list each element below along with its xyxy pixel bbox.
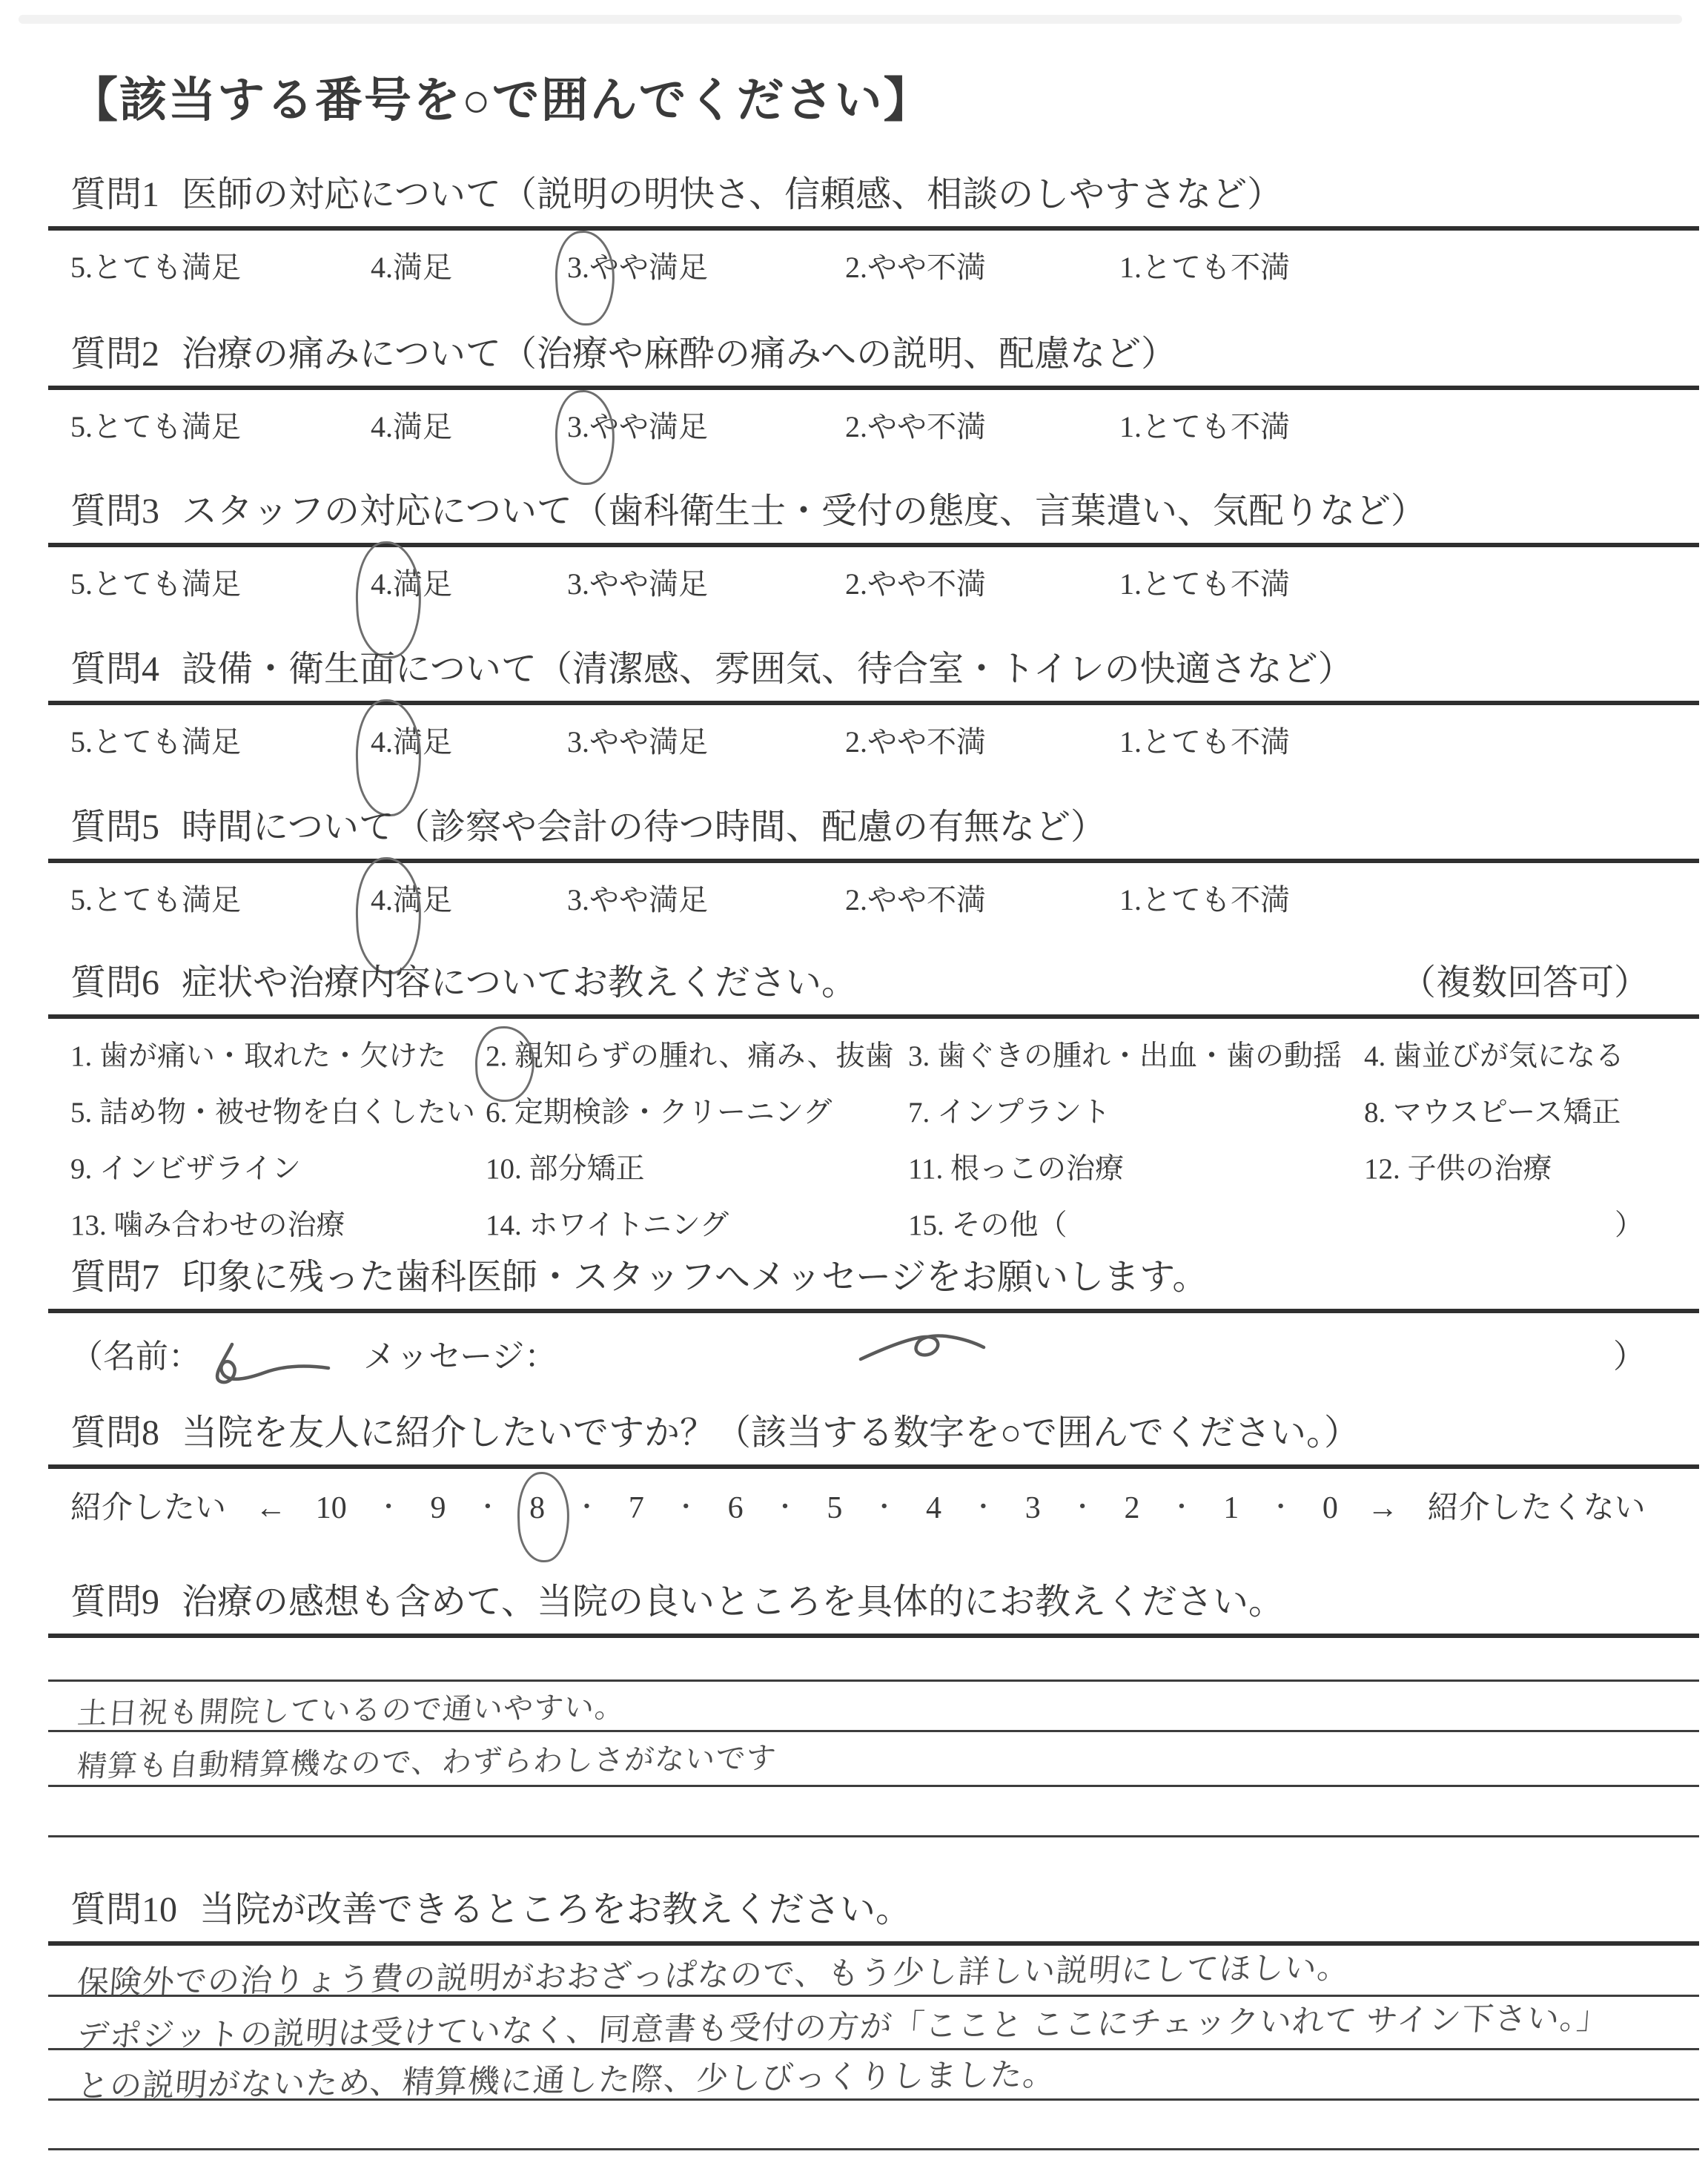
q2-option-1: 1.とても不満: [1119, 408, 1699, 446]
dot-separator: ・: [376, 1488, 401, 1528]
question-8: 質問8当院を友人に紹介したいですか？（該当する数字を○で囲んでください。） 紹介…: [48, 1411, 1699, 1528]
question-9: 質問9治療の感想も含めて、当院の良いところを具体的にお教えください。 土日祝も開…: [48, 1580, 1699, 1905]
symptom-option-3: 3. 歯ぐきの腫れ・出血・歯の動揺: [908, 1038, 1364, 1075]
symptom-options-grid: 1. 歯が痛い・取れた・欠けた 2. 親知らずの腫れ、痛み、抜歯 3. 歯ぐきの…: [70, 1038, 1699, 1244]
question-1-text: 医師の対応について（説明の明快さ、信頼感、相談のしやすさなど）: [182, 175, 1282, 214]
ruled-line: [48, 2148, 1699, 2150]
q3-option-2: 2.やや不満: [845, 565, 1119, 604]
question-3: 質問3スタッフの対応について（歯科衛生士・受付の態度、言葉遣い、気配りなど） 5…: [48, 489, 1699, 604]
question-8-text: 当院を友人に紹介したいですか？（該当する数字を○で囲んでください。）: [182, 1413, 1360, 1453]
symptom-option-11: 11. 根っこの治療: [908, 1151, 1364, 1188]
question-6-rule: [48, 1014, 1699, 1019]
form-title: 【該当する番号を○で囲んでください】: [70, 62, 933, 131]
question-6: 質問6症状や治療内容についてお教えください。 （複数回答可） 1. 歯が痛い・取…: [48, 961, 1699, 1244]
pen-squiggle-icon: [856, 1327, 990, 1378]
question-2-rule: [48, 386, 1699, 390]
question-7-number: 質問7: [70, 1258, 159, 1297]
q3-option-1: 1.とても不満: [1119, 565, 1699, 604]
question-1-options: 5.とても満足 4.満足 3.やや満足 2.やや不満 1.とても不満: [70, 248, 1699, 287]
symptom-option-6: 6. 定期検診・クリーニング: [486, 1094, 908, 1132]
symptom-option-12: 12. 子供の治療: [1364, 1151, 1699, 1188]
q2-option-5: 5.とても満足: [70, 408, 371, 446]
nps-7: 7: [629, 1488, 644, 1528]
question-6-note: （複数回答可）: [1400, 961, 1649, 1005]
handwritten-answer-line: 土日祝も開院しているので通いやすい。: [76, 1683, 626, 1732]
nps-0: 0: [1323, 1488, 1338, 1528]
handwritten-answer-line: 精算も自動精算機なので、わずらわしさがないです: [76, 1734, 778, 1786]
name-field-label: （名前：: [70, 1330, 201, 1377]
ruled-line: [48, 1680, 1699, 1682]
symptom-option-2-selected: 2. 親知らずの腫れ、痛み、抜歯: [486, 1038, 908, 1075]
question-3-header: 質問3スタッフの対応について（歯科衛生士・受付の態度、言葉遣い、気配りなど）: [70, 489, 1699, 534]
question-3-number: 質問3: [70, 492, 159, 531]
ruled-line: [48, 1785, 1699, 1787]
handwritten-answer-line: デポジットの説明は受けていなく、同意書も受付の方が「ここと ここにチェックいれて…: [76, 1992, 1611, 2056]
q2-option-2: 2.やや不満: [845, 408, 1119, 446]
question-10-text: 当院が改善できるところをお教えください。: [199, 1890, 911, 1929]
nps-5: 5: [827, 1488, 842, 1528]
question-8-rule: [48, 1464, 1699, 1469]
q1-option-5: 5.とても満足: [70, 248, 371, 287]
ruled-line: [48, 1730, 1699, 1732]
symptom-option-1: 1. 歯が痛い・取れた・欠けた: [70, 1038, 486, 1075]
scale-right-label: 紹介したくない: [1428, 1488, 1646, 1528]
q4-option-3: 3.やや満足: [567, 723, 845, 762]
q5-option-2: 2.やや不満: [845, 881, 1119, 919]
other-close-paren: ）: [1615, 1207, 1644, 1244]
right-arrow-icon: →: [1367, 1488, 1398, 1528]
question-7-rule: [48, 1309, 1699, 1313]
question-3-rule: [48, 543, 1699, 547]
question-9-number: 質問9: [70, 1582, 159, 1622]
question-4-rule: [48, 701, 1699, 705]
question-6-title: 質問6症状や治療内容についてお教えください。: [70, 961, 857, 1005]
nps-1: 1: [1223, 1488, 1239, 1528]
q3-option-5: 5.とても満足: [70, 565, 371, 604]
question-5-header: 質問5時間について（診察や会計の待つ時間、配慮の有無など）: [70, 805, 1699, 850]
question-10-writing-area: 保険外での治りょう費の説明がおおざっぱなので、もう少し詳しい説明にしてほしい。 …: [48, 1946, 1699, 2157]
dot-separator: ・: [1268, 1488, 1294, 1528]
question-9-writing-area: 土日祝も開院しているので通いやすい。 精算も自動精算機なので、わずらわしさがない…: [48, 1638, 1699, 1905]
nps-8-selected: 8: [529, 1488, 545, 1528]
q1-option-2: 2.やや不満: [845, 248, 1119, 287]
message-field-label: メッセージ：: [363, 1330, 557, 1377]
question-3-text: スタッフの対応について（歯科衛生士・受付の態度、言葉遣い、気配りなど）: [182, 492, 1426, 531]
dot-separator: ・: [1169, 1488, 1194, 1528]
q3-option-3: 3.やや満足: [567, 565, 845, 604]
question-3-options: 5.とても満足 4.満足 3.やや満足 2.やや不満 1.とても不満: [70, 565, 1699, 604]
symptom-option-10: 10. 部分矯正: [486, 1151, 908, 1188]
question-1-header: 質問1医師の対応について（説明の明快さ、信頼感、相談のしやすさなど）: [70, 173, 1699, 217]
q3-option-4-selected: 4.満足: [371, 565, 567, 604]
dot-separator: ・: [872, 1488, 897, 1528]
q1-option-4: 4.満足: [371, 248, 567, 287]
ruled-line: [48, 1835, 1699, 1837]
symptom-option-5: 5. 詰め物・被せ物を白くしたい: [70, 1094, 486, 1132]
question-7-text: 印象に残った歯科医師・スタッフへメッセージをお願いします。: [182, 1258, 1208, 1297]
name-message-row: （名前： メッセージ： ）: [70, 1330, 1646, 1400]
question-5: 質問5時間について（診察や会計の待つ時間、配慮の有無など） 5.とても満足 4.…: [48, 805, 1699, 919]
nps-4: 4: [926, 1488, 941, 1528]
question-1-number: 質問1: [70, 175, 159, 214]
q5-option-1: 1.とても不満: [1119, 881, 1699, 919]
symptom-option-7: 7. インプラント: [908, 1094, 1364, 1132]
scan-artifact-line: [19, 15, 1682, 24]
nps-2: 2: [1124, 1488, 1139, 1528]
nps-9: 9: [430, 1488, 446, 1528]
dot-separator: ・: [970, 1488, 996, 1528]
question-5-number: 質問5: [70, 807, 159, 847]
scanned-survey-sheet: 【該当する番号を○で囲んでください】 質問1医師の対応について（説明の明快さ、信…: [0, 0, 1708, 2160]
dot-separator: ・: [673, 1488, 698, 1528]
q5-option-5: 5.とても満足: [70, 881, 371, 919]
q4-option-2: 2.やや不満: [845, 723, 1119, 762]
pen-squiggle-icon: [196, 1334, 337, 1396]
question-10-number: 質問10: [70, 1890, 177, 1929]
question-10-header: 質問10当院が改善できるところをお教えください。: [70, 1888, 1699, 1932]
question-5-rule: [48, 859, 1699, 863]
question-6-text: 症状や治療内容についてお教えください。: [182, 963, 857, 1003]
question-7-header: 質問7印象に残った歯科医師・スタッフへメッセージをお願いします。: [70, 1255, 1699, 1300]
dot-separator: ・: [575, 1488, 600, 1528]
row-close-paren: ）: [1613, 1330, 1646, 1377]
symptom-option-8: 8. マウスピース矯正: [1364, 1094, 1699, 1132]
question-6-number: 質問6: [70, 963, 159, 1003]
question-2-header: 質問2治療の痛みについて（治療や麻酔の痛みへの説明、配慮など）: [70, 332, 1699, 377]
left-arrow-icon: ←: [255, 1488, 286, 1528]
nps-3: 3: [1025, 1488, 1041, 1528]
q2-option-4: 4.満足: [371, 408, 567, 446]
question-4-options: 5.とても満足 4.満足 3.やや満足 2.やや不満 1.とても不満: [70, 723, 1699, 762]
q4-option-4-selected: 4.満足: [371, 723, 567, 762]
question-10: 質問10当院が改善できるところをお教えください。 保険外での治りょう費の説明がお…: [48, 1888, 1699, 2157]
question-2: 質問2治療の痛みについて（治療や麻酔の痛みへの説明、配慮など） 5.とても満足 …: [48, 332, 1699, 446]
question-9-header: 質問9治療の感想も含めて、当院の良いところを具体的にお教えください。: [70, 1580, 1699, 1625]
symptom-option-9: 9. インビザライン: [70, 1151, 486, 1188]
question-2-options: 5.とても満足 4.満足 3.やや満足 2.やや不満 1.とても不満: [70, 408, 1699, 446]
symptom-option-15-other: 15. その他（ ）: [908, 1207, 1699, 1244]
question-1-rule: [48, 226, 1699, 231]
symptom-option-4: 4. 歯並びが気になる: [1364, 1038, 1699, 1075]
dot-separator: ・: [475, 1488, 500, 1528]
question-2-number: 質問2: [70, 334, 159, 374]
question-8-header: 質問8当院を友人に紹介したいですか？（該当する数字を○で囲んでください。）: [70, 1411, 1699, 1456]
nps-scale-row: 紹介したい ← 10 ・ 9 ・ 8 ・ 7 ・ 6 ・ 5 ・ 4 ・ 3 ・…: [70, 1488, 1646, 1528]
question-6-header: 質問6症状や治療内容についてお教えください。 （複数回答可）: [70, 961, 1649, 1005]
q4-option-5: 5.とても満足: [70, 723, 371, 762]
question-1: 質問1医師の対応について（説明の明快さ、信頼感、相談のしやすさなど） 5.とても…: [48, 173, 1699, 287]
dot-separator: ・: [772, 1488, 798, 1528]
dot-separator: ・: [1070, 1488, 1095, 1528]
q2-option-3-selected: 3.やや満足: [567, 408, 845, 446]
question-5-text: 時間について（診察や会計の待つ時間、配慮の有無など）: [182, 807, 1106, 847]
question-4-number: 質問4: [70, 650, 159, 689]
question-4: 質問4設備・衛生面について（清潔感、雰囲気、待合室・トイレの快適さなど） 5.と…: [48, 647, 1699, 762]
nps-6: 6: [728, 1488, 744, 1528]
q1-option-3-selected: 3.やや満足: [567, 248, 845, 287]
q4-option-1: 1.とても不満: [1119, 723, 1699, 762]
question-7: 質問7印象に残った歯科医師・スタッフへメッセージをお願いします。 （名前： メッ…: [48, 1255, 1699, 1400]
question-2-text: 治療の痛みについて（治療や麻酔の痛みへの説明、配慮など）: [182, 334, 1176, 374]
symptom-option-13: 13. 噛み合わせの治療: [70, 1207, 486, 1244]
scale-left-label: 紹介したい: [70, 1488, 226, 1528]
question-8-number: 質問8: [70, 1413, 159, 1453]
symptom-option-14: 14. ホワイトニング: [486, 1207, 908, 1244]
nps-10: 10: [316, 1488, 347, 1528]
q1-option-1: 1.とても不満: [1119, 248, 1699, 287]
question-9-text: 治療の感想も含めて、当院の良いところを具体的にお教えください。: [182, 1582, 1284, 1622]
q5-option-4-selected: 4.満足: [371, 881, 567, 919]
question-4-header: 質問4設備・衛生面について（清潔感、雰囲気、待合室・トイレの快適さなど）: [70, 647, 1699, 692]
question-5-options: 5.とても満足 4.満足 3.やや満足 2.やや不満 1.とても不満: [70, 881, 1699, 919]
question-4-text: 設備・衛生面について（清潔感、雰囲気、待合室・トイレの快適さなど）: [182, 650, 1354, 689]
q5-option-3: 3.やや満足: [567, 881, 845, 919]
